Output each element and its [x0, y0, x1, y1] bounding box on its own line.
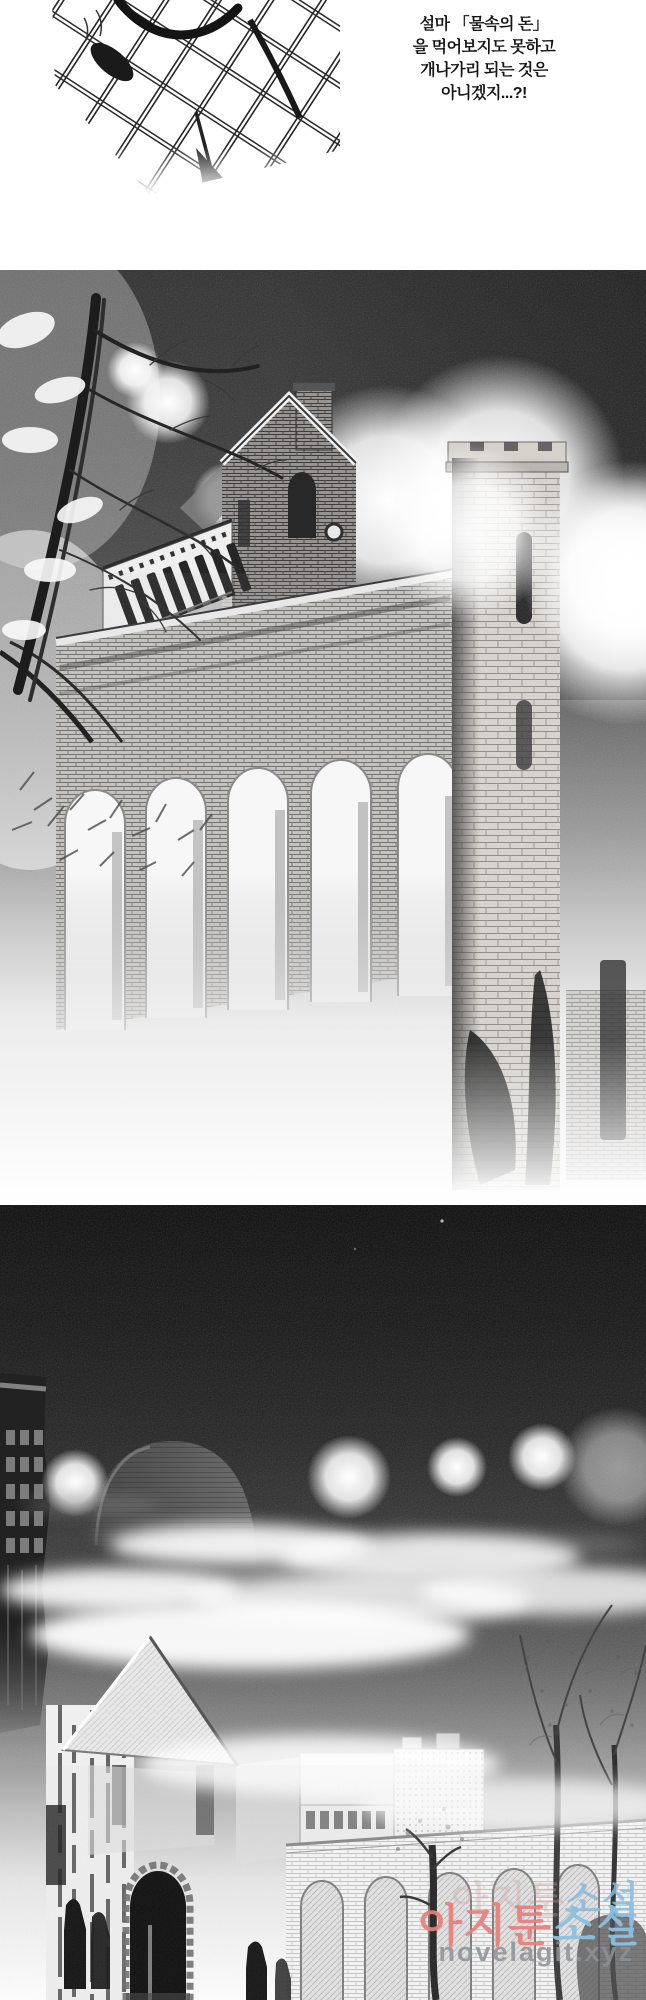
net-drawing [0, 0, 340, 195]
speech-line: 을 먹어보지도 못하고 [368, 36, 600, 59]
watermark-url: novelagit.xyz [438, 1937, 634, 1968]
speech-line: 설마 「물속의 돈」 [368, 13, 600, 36]
net-illustration [0, 0, 340, 195]
speech-line: 개나가리 되는 것은 [368, 59, 600, 82]
speech-text: 설마 「물속의 돈」 을 먹어보지도 못하고 개나가리 되는 것은 아니겠지..… [368, 13, 600, 105]
panel-1-night-building-artwork [0, 270, 646, 1205]
net-mesh [0, 0, 340, 195]
arched-brick-wall [56, 569, 458, 1030]
panel-2-dome-street-artwork: 아지툰소설 아지툰소설 novelagit.xyz [0, 1205, 646, 2000]
speech-line: 아니겠지...?! [368, 82, 600, 105]
panel-1-art [0, 270, 646, 1205]
left-building [0, 1373, 50, 1733]
manga-page: 설마 「물속의 돈」 을 먹어보지도 못하고 개나가리 되는 것은 아니겠지..… [0, 0, 646, 2000]
